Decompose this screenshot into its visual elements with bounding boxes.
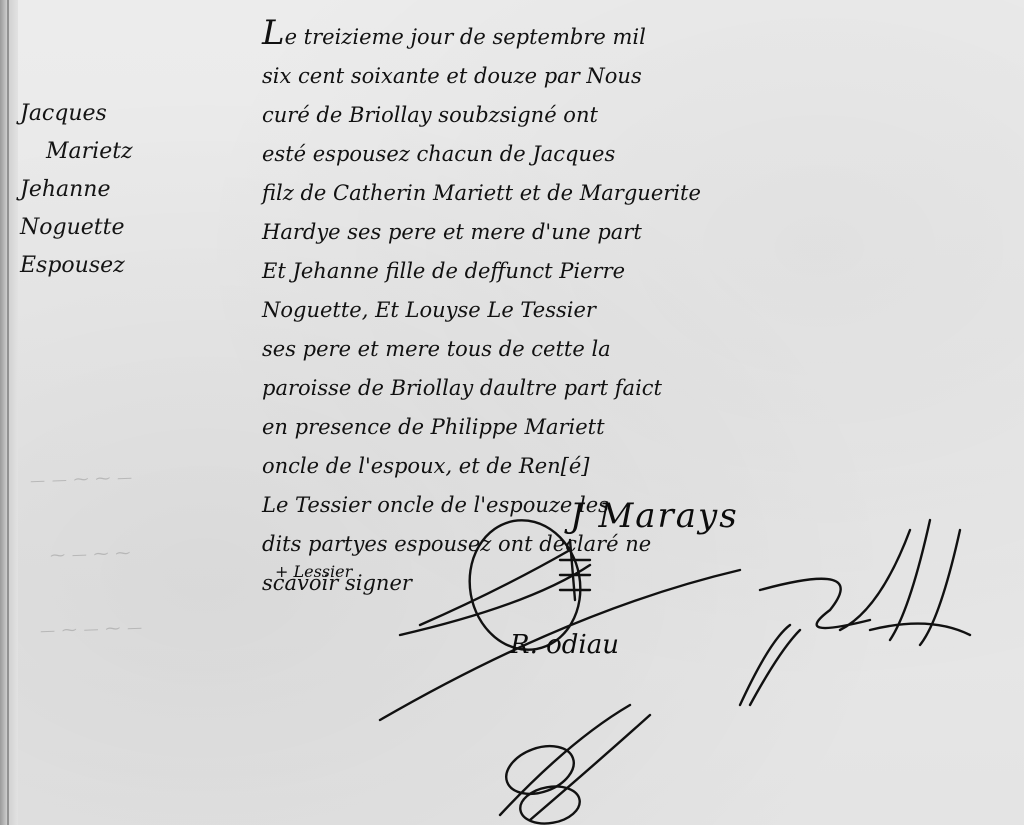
record-line: esté espousez chacun de Jacques — [262, 135, 1002, 174]
record-line: curé de Briollay soubzsigné ont — [262, 96, 1002, 135]
page-binding-edge — [0, 0, 18, 825]
bleed-through-text: — — ⁓ ⁓ — — [30, 468, 134, 490]
margin-note-line: Jehanne — [20, 171, 220, 209]
record-line: Et Jehanne fille de deffunct Pierre — [262, 252, 1002, 291]
signature-area: scavoir signer J Marays + Lessier R. odi… — [270, 490, 1010, 825]
binding-rule — [7, 0, 9, 825]
record-line: filz de Catherin Mariett et de Marguerit… — [262, 174, 1002, 213]
signature-odiau: R. odiau — [510, 630, 619, 660]
record-line: six cent soixante et douze par Nous — [262, 57, 1002, 96]
signature-flourishes-icon — [270, 490, 1010, 825]
record-line: Noguette, Et Louyse Le Tessier — [262, 291, 1002, 330]
margin-note: Jacques Marietz Jehanne Noguette Espouse… — [20, 95, 220, 285]
signature-marays: J Marays — [570, 496, 739, 536]
margin-note-line: Noguette — [20, 209, 220, 247]
margin-note-line: Jacques — [20, 95, 220, 133]
bleed-through-text: ⁓ — ⁓ ⁓ — [50, 544, 132, 565]
bleed-through-text: — ⁓ — ⁓ — — [40, 618, 144, 640]
margin-note-line: Espousez — [20, 247, 220, 285]
witness-mark: + Lessier — [275, 562, 352, 581]
manuscript-page: — — ⁓ ⁓ — ⁓ — ⁓ ⁓ — ⁓ — ⁓ — Jacques Mari… — [0, 0, 1024, 825]
record-line: oncle de l'espoux, et de Ren[é] — [262, 447, 1002, 486]
margin-note-line: Marietz — [20, 133, 220, 171]
record-line: Le treizieme jour de septembre mil — [262, 14, 1002, 57]
record-line: paroisse de Briollay daultre part faict — [262, 369, 1002, 408]
record-line: ses pere et mere tous de cette la — [262, 330, 1002, 369]
record-line: en presence de Philippe Mariett — [262, 408, 1002, 447]
record-line: Hardye ses pere et mere d'une part — [262, 213, 1002, 252]
